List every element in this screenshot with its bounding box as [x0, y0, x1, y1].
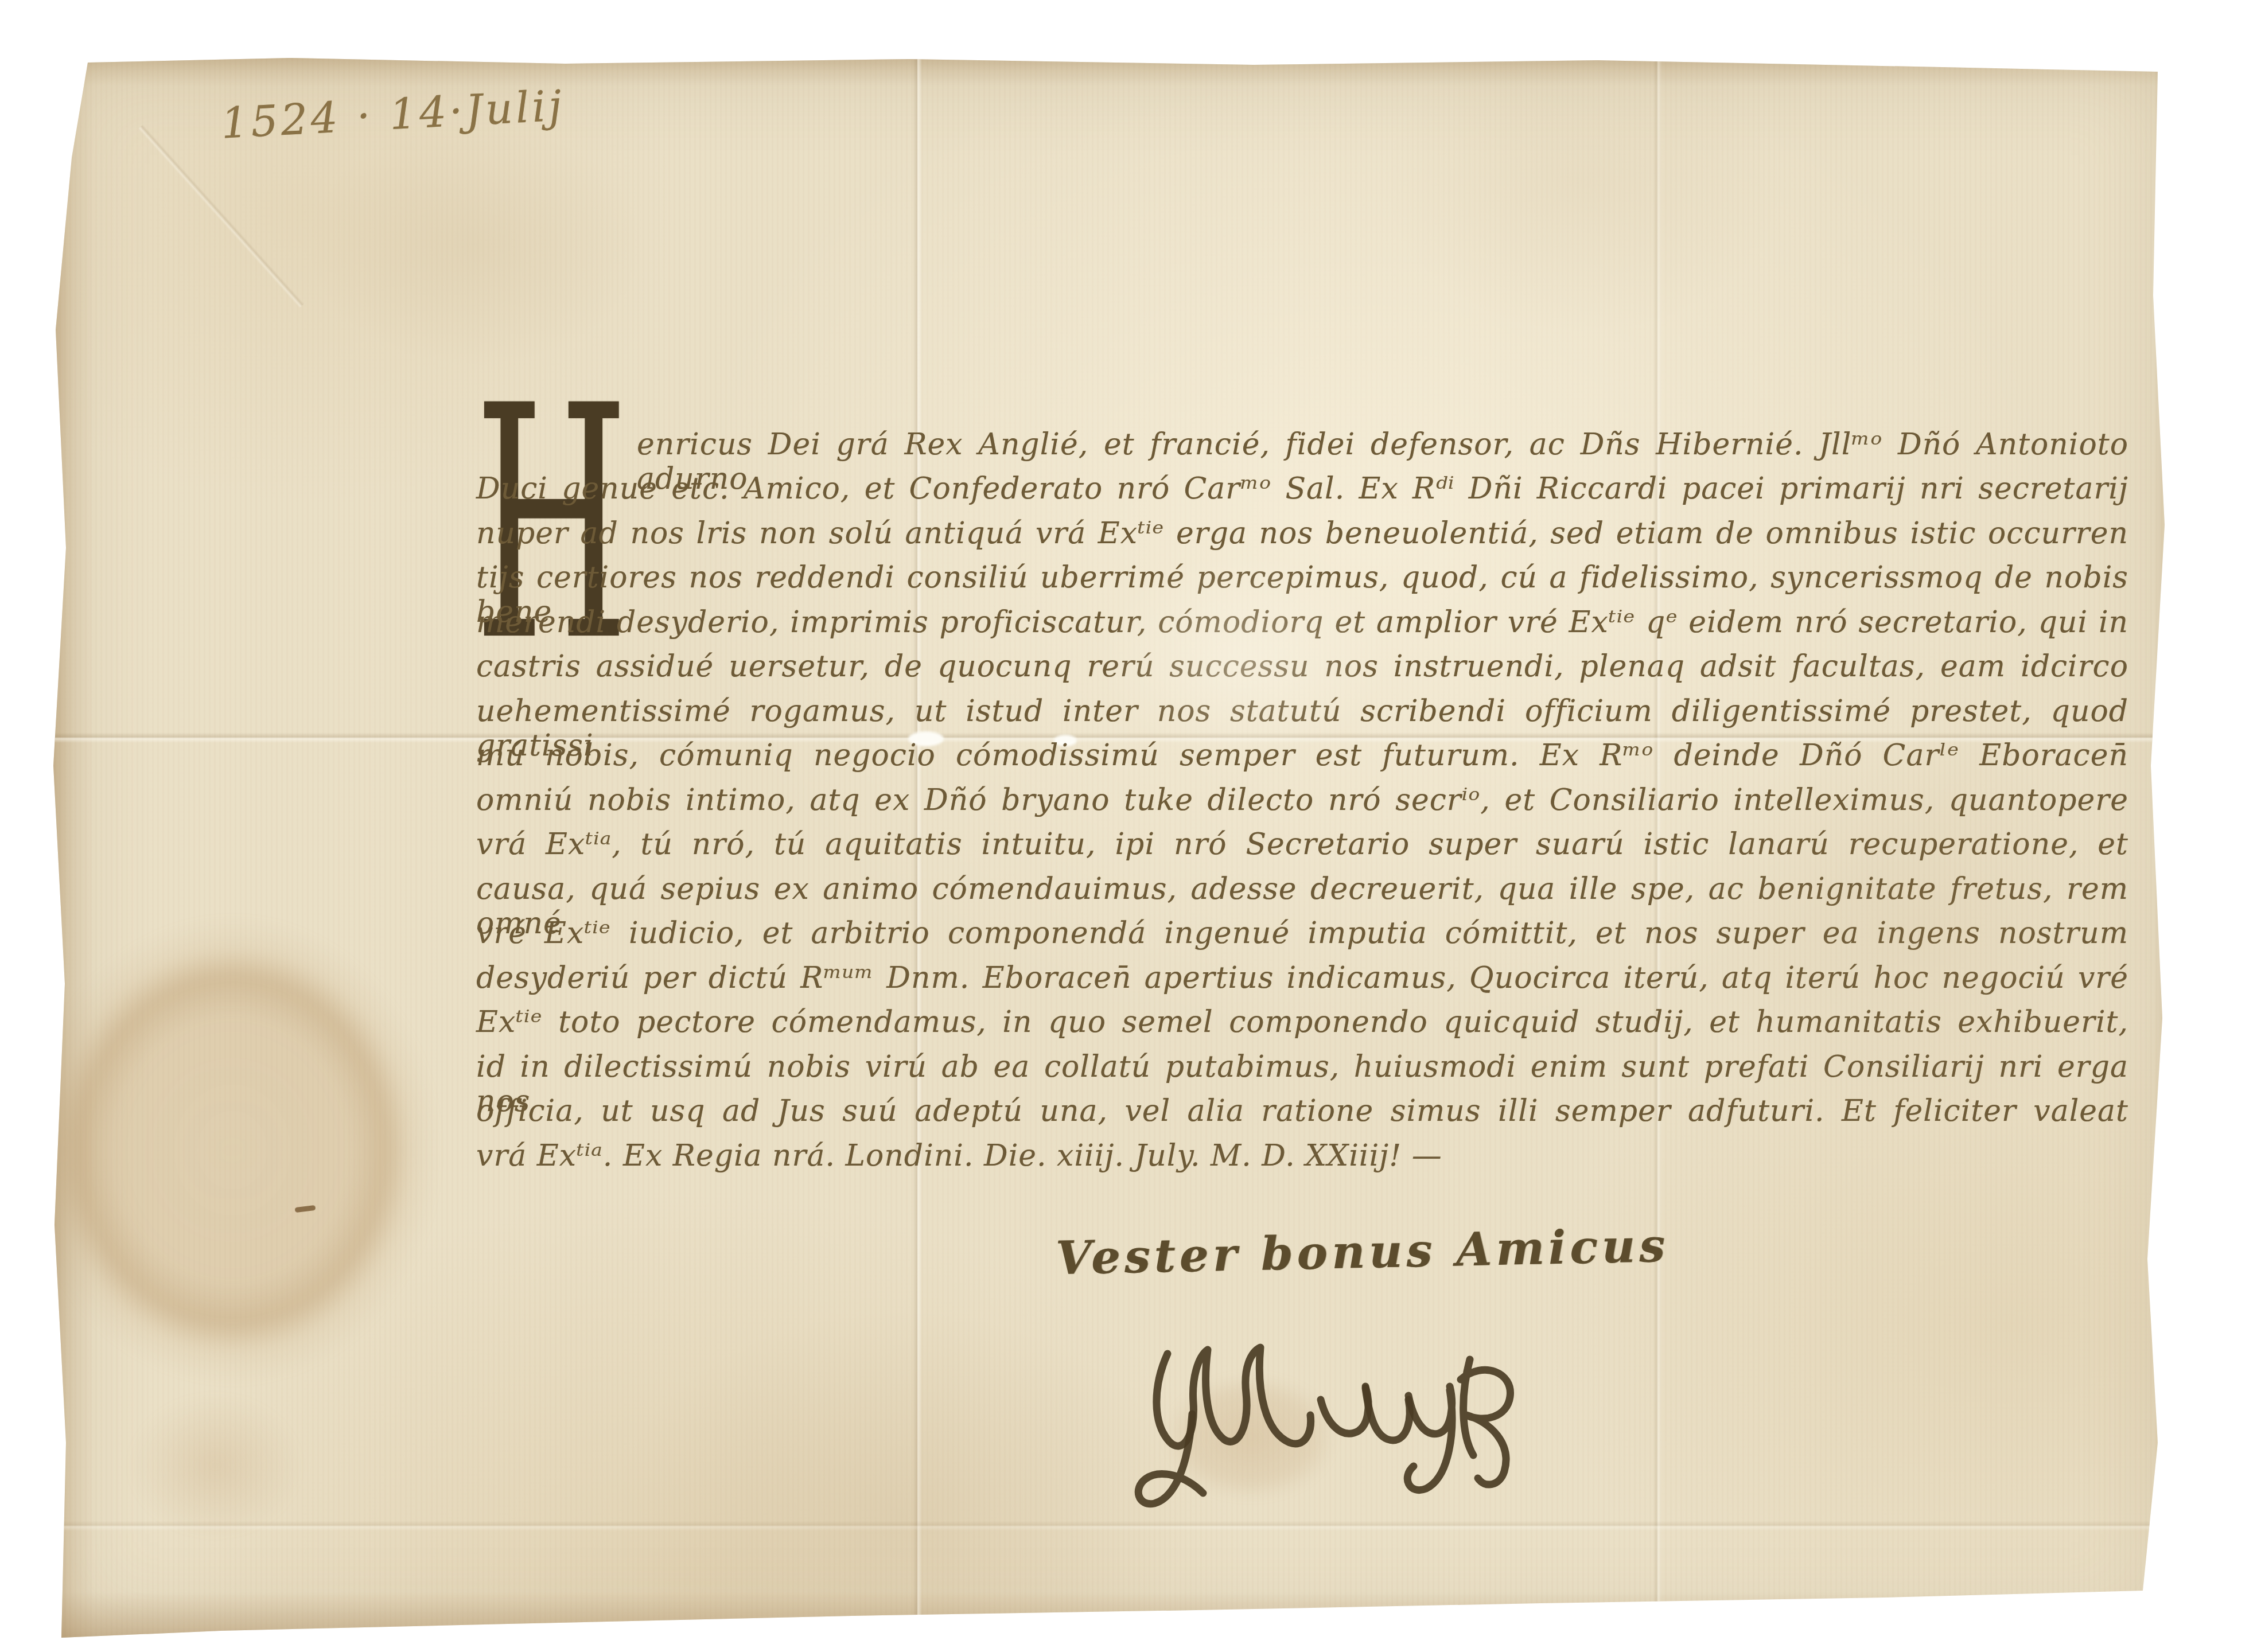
scan-background: 1524 · 14·Julij H enricus Dei grá Rex An… [0, 0, 2261, 1652]
body-line: Duci genue etc. Amico, et Confederato nr… [476, 472, 2128, 506]
letter-paper: 1524 · 14·Julij H enricus Dei grá Rex An… [49, 54, 2180, 1643]
body-line: officia, ut usq ad Jus suú adeptú una, v… [476, 1094, 2128, 1128]
body-line: omniú nobis intimo, atq ex Dñó bryano tu… [476, 783, 2128, 817]
body-line: mú nobis, cómuniq negocio cómodissimú se… [476, 738, 2128, 773]
paper-edge-right [2154, 54, 2180, 1643]
body-line: vrá Exᵗⁱᵃ. Ex Regia nrá. Londini. Die. x… [476, 1139, 1442, 1173]
body-line: merendi desyderio, imprimis proficiscatu… [476, 605, 2128, 640]
body-line: nuper ad nos lris non solú antiquá vrá E… [476, 516, 2128, 551]
body-line: desyderiú per dictú Rᵐᵘᵐ Dnm. Eboracen̄ … [476, 961, 2128, 995]
body-line: vrá Exᵗⁱᵃ, tú nró, tú aquitatis intuitu,… [476, 827, 2128, 862]
royal-signature-monogram [1119, 1299, 1520, 1529]
letter-body: enricus Dei grá Rex Anglié, et francié, … [49, 54, 2180, 1643]
body-line: castris assidué uersetur, de quocunq rer… [476, 649, 2128, 684]
body-line: Exᵗⁱᵉ toto pectore cómendamus, in quo se… [476, 1005, 2128, 1039]
body-line: vré Exᵗⁱᵉ iudicio, et arbitrio componend… [476, 916, 2128, 950]
